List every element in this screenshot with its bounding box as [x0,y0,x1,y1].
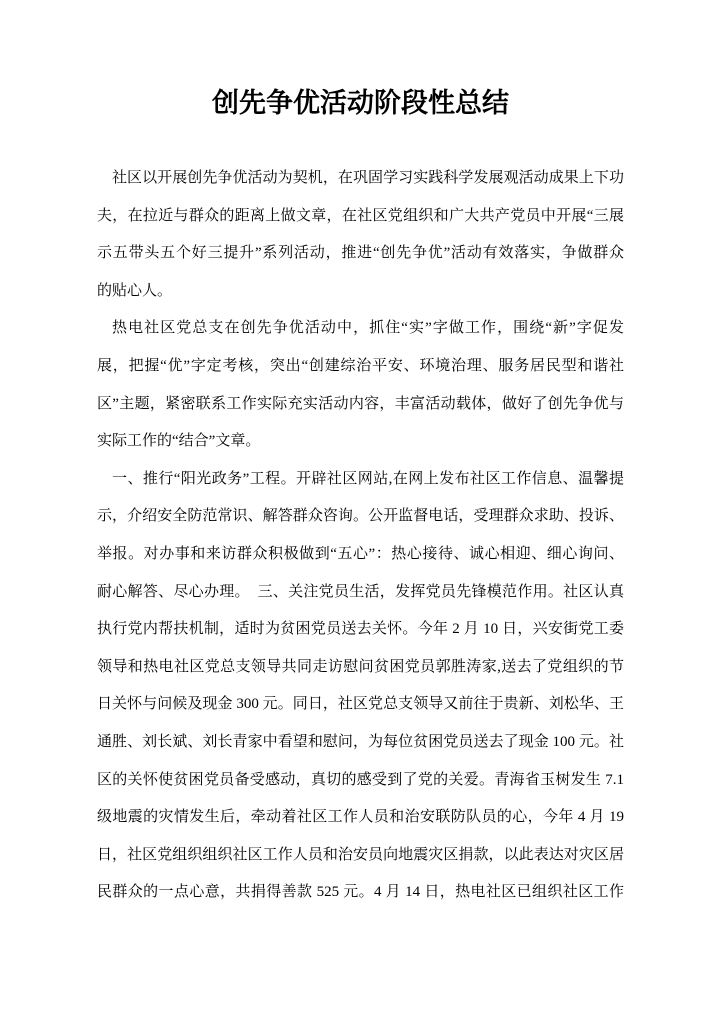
document-page: 创先争优活动阶段性总结 社区以开展创先争优活动为契机，在巩固学习实践科学发展观活… [0,0,721,1020]
paragraph: 社区以开展创先争优活动为契机，在巩固学习实践科学发展观活动成果上下功夫，在拉近与… [97,160,624,310]
text-line: 领导和热电社区党总支领导共同走访慰问贫困党员郭胜涛家,送去了党组织的节 [97,649,624,687]
text-line: 区的关怀使贫困党员备受感动，真切的感受到了党的关爱。青海省玉树发生 7.1 [97,762,624,800]
text-line: 区”主题，紧密联系工作实际充实活动内容，丰富活动载体，做好了创先争优与 [97,386,624,424]
document-title: 创先争优活动阶段性总结 [97,86,624,120]
text-line: 实际工作的“结合”文章。 [97,423,624,461]
text-line: 通胜、刘长斌、刘长青家中看望和慰问，为每位贫困党员送去了现金 100 元。社 [97,724,624,762]
text-line: 的贴心人。 [97,273,624,311]
text-line: 日，社区党组织组织社区工作人员和治安员向地震灾区捐款，以此表达对灾区居 [97,837,624,875]
paragraph: 热电社区党总支在创先争优活动中，抓住“实”字做工作，围绕“新”字促发展，把握“优… [97,310,624,460]
document-body: 社区以开展创先争优活动为契机，在巩固学习实践科学发展观活动成果上下功夫，在拉近与… [97,160,624,912]
text-line: 夫，在拉近与群众的距离上做文章，在社区党组织和广大共产党员中开展“三展 [97,198,624,236]
text-line: 示，介绍安全防范常识、解答群众咨询。公开监督电话，受理群众求助、投诉、 [97,498,624,536]
text-line: 热电社区党总支在创先争优活动中，抓住“实”字做工作，围绕“新”字促发 [97,310,624,348]
text-line: 级地震的灾情发生后，牵动着社区工作人员和治安联防队员的心，今年 4 月 19 [97,799,624,837]
paragraph: 一、推行“阳光政务”工程。开辟社区网站,在网上发布社区工作信息、温馨提示，介绍安… [97,461,624,912]
text-line: 耐心解答、尽心办理。 三、关注党员生活，发挥党员先锋模范作用。社区认真 [97,574,624,612]
text-line: 示五带头五个好三提升”系列活动，推进“创先争优”活动有效落实，争做群众 [97,235,624,273]
text-line: 举报。对办事和来访群众积极做到“五心”：热心接待、诚心相迎、细心询问、 [97,536,624,574]
text-line: 民群众的一点心意，共捐得善款 525 元。4 月 14 日，热电社区已组织社区工… [97,874,624,912]
text-line: 执行党内帮扶机制，适时为贫困党员送去关怀。今年 2 月 10 日，兴安街党工委 [97,611,624,649]
text-line: 日关怀与问候及现金 300 元。同日，社区党总支领导又前往于贵新、刘松华、王 [97,686,624,724]
text-line: 展，把握“优”字定考核，突出“创建综治平安、环境治理、服务居民型和谐社 [97,348,624,386]
text-line: 社区以开展创先争优活动为契机，在巩固学习实践科学发展观活动成果上下功 [97,160,624,198]
text-line: 一、推行“阳光政务”工程。开辟社区网站,在网上发布社区工作信息、温馨提 [97,461,624,499]
